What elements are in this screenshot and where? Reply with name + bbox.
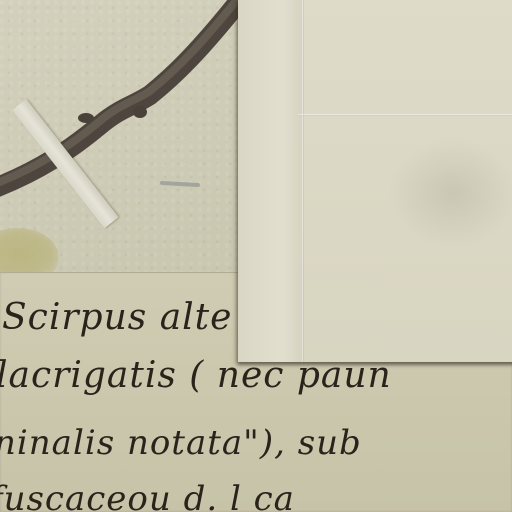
label-line-3: ninalis notata"), sub — [0, 423, 362, 463]
packet-ink-bleed — [388, 138, 512, 248]
label-line-1: Scirpus alte — [2, 297, 232, 338]
packet-fold-vertical — [302, 0, 304, 362]
packet-flap — [238, 0, 302, 362]
specimen-photo: Scirpus alte lacrigatis ( nec paun ninal… — [0, 0, 512, 512]
twig-icon — [0, 0, 260, 210]
envelope-packet — [238, 0, 512, 362]
packet-fold-horizontal — [298, 114, 512, 116]
label-line-4: fuscaceou d. l ca — [0, 479, 295, 512]
